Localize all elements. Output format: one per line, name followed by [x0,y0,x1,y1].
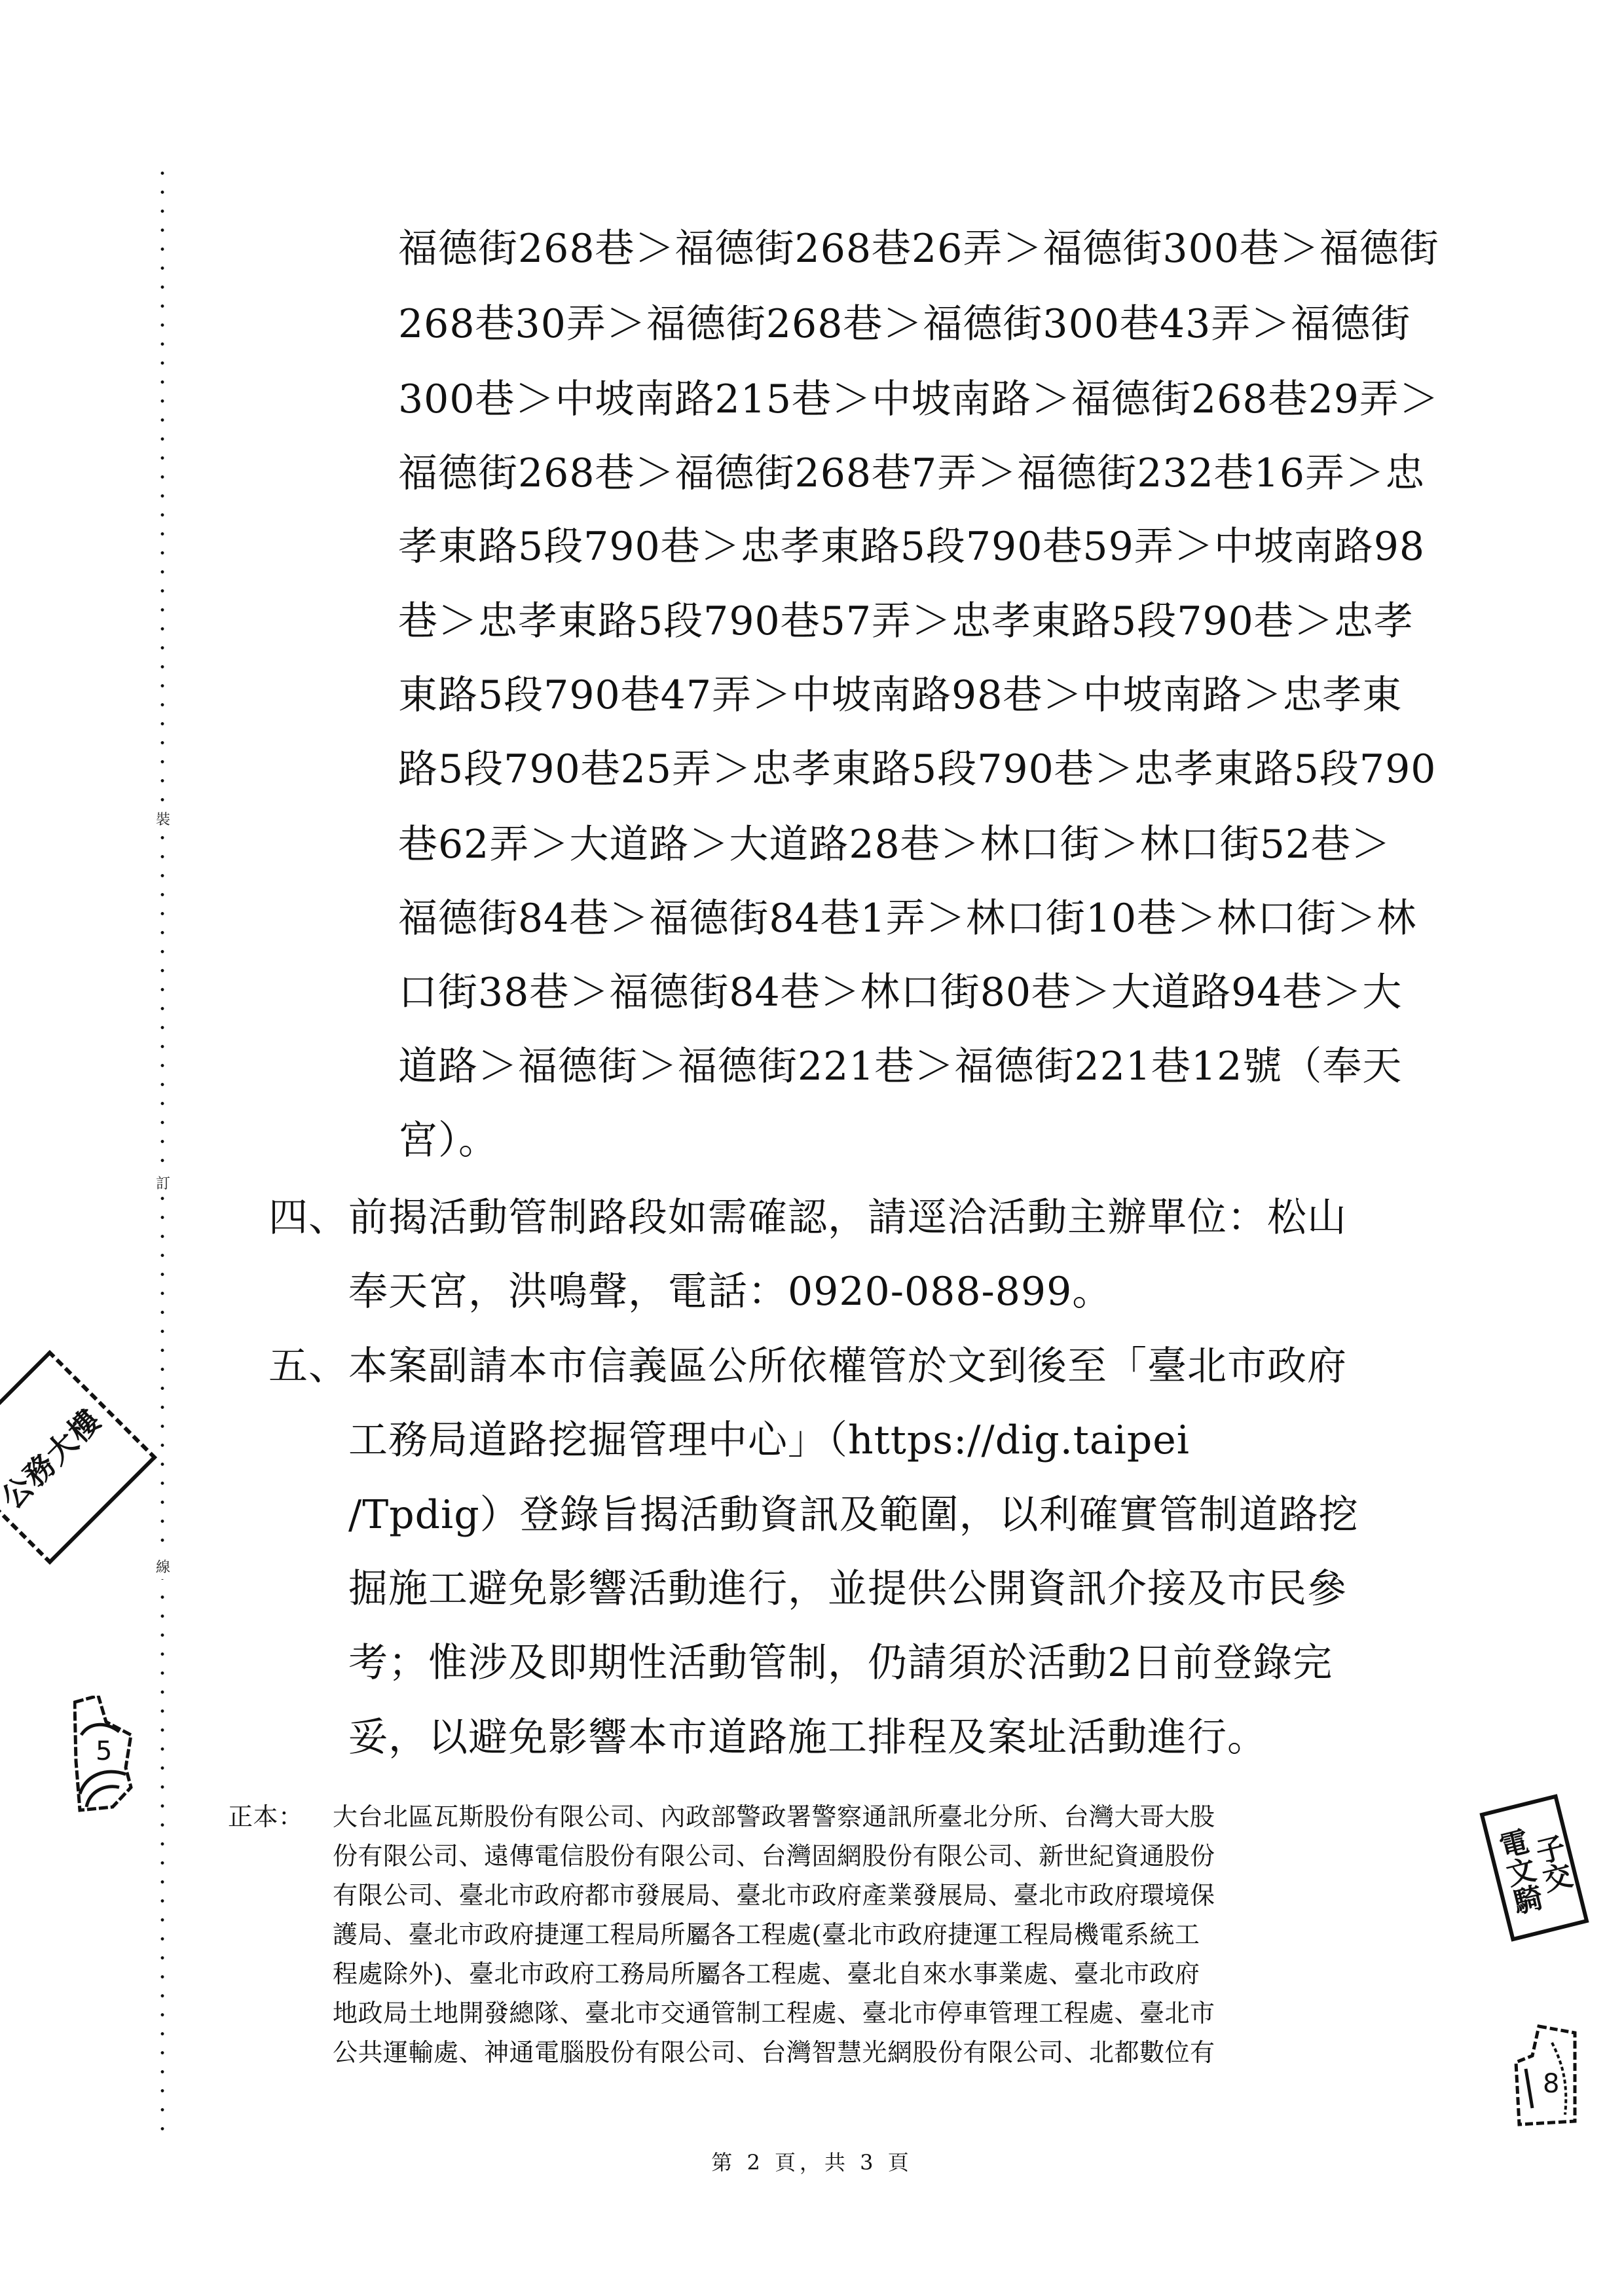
perforation-seal-left: 5 [73,1696,134,1813]
route-line: 宮）。 [398,1118,498,1163]
cc-line: 有限公司、臺北市政府都市發展局、臺北市政府產業發展局、臺北市政府環境保 [333,1880,1215,1910]
section-5-line: 妥，以避免影響本市道路施工排程及案址活動進行。 [348,1715,1267,1760]
section-5-line: 掘施工避免影響活動進行，並提供公開資訊介接及市民參 [348,1566,1347,1612]
route-line: 福德街268巷＞福德街268巷7弄＞福德街232巷16弄＞忠 [398,450,1425,496]
section-4-line: 四、前揭活動管制路段如需確認，請逕洽活動主辦單位：松山 [268,1195,1347,1241]
seal-number: 8 [1543,2069,1559,2099]
document-page: 裝 訂 線 福德街268巷＞福德街268巷26弄＞福德街300巷＞福德街 268… [0,0,1624,2296]
route-line: 孝東路5段790巷＞忠孝東路5段790巷59弄＞中坡南路98 [398,524,1425,570]
route-line: 福德街84巷＞福德街84巷1弄＞林口街10巷＞林口街＞林 [398,896,1416,941]
route-line: 300巷＞中坡南路215巷＞中坡南路＞福德街268巷29弄＞ [398,376,1439,422]
route-line: 巷＞忠孝東路5段790巷57弄＞忠孝東路5段790巷＞忠孝 [398,598,1414,644]
diamond-seal-text: 公務大樓 [0,1398,109,1517]
section-5-url-line: 工務局道路挖掘管理中心」（https://dig.taipei [348,1417,1190,1463]
diamond-seal-stamp: 公務大樓 [0,1350,157,1565]
cc-line: 公共運輸處、神通電腦股份有限公司、台灣智慧光網股份有限公司、北都數位有 [333,2037,1215,2068]
cc-line: 大台北區瓦斯股份有限公司、內政部警政署警察通訊所臺北分所、台灣大哥大股 [333,1802,1215,1832]
cc-line: 護局、臺北市政府捷運工程局所屬各工程處(臺北市政府捷運工程局機電系統工 [333,1920,1200,1950]
cc-label: 正本： [228,1802,304,1832]
cc-line: 份有限公司、遠傳電信股份有限公司、台灣固網股份有限公司、新世紀資通股份 [333,1841,1215,1871]
route-line: 東路5段790巷47弄＞中坡南路98巷＞中坡南路＞忠孝東 [398,672,1402,718]
binding-dotted-line [160,164,165,2141]
seal-number: 5 [96,1736,112,1766]
section-4-line: 奉天宮，洪鳴聲，電話：0920-088-899。 [348,1269,1112,1315]
route-line: 268巷30弄＞福德街268巷＞福德街300巷43弄＞福德街 [398,301,1411,347]
route-line: 福德街268巷＞福德街268巷26弄＞福德街300巷＞福德街 [398,226,1439,272]
route-line: 道路＞福德街＞福德街221巷＞福德街221巷12號（奉天 [398,1044,1402,1089]
section-5-line: 五、本案副請本市信義區公所依權管於文到後至「臺北市政府 [268,1343,1347,1389]
route-line: 路5段790巷25弄＞忠孝東路5段790巷＞忠孝東路5段790 [398,746,1436,792]
binding-label-zhuang: 裝 [152,809,174,831]
binding-label-xian: 線 [152,1557,174,1579]
route-line: 口街38巷＞福德街84巷＞林口街80巷＞大道路94巷＞大 [398,970,1402,1015]
cc-line: 程處除外)、臺北市政府工務局所屬各工程處、臺北自來水事業處、臺北市政府 [333,1959,1200,1989]
binding-label-ding: 訂 [152,1173,174,1195]
section-5-line: /Tpdig）登錄旨揭活動資訊及範圍，以利確實管制道路挖 [348,1492,1359,1538]
page-indicator: 第 2 頁，共 3 頁 [0,2146,1624,2176]
section-5-line: 考；惟涉及即期性活動管制，仍請須於活動2日前登錄完 [348,1640,1333,1686]
cc-line: 地政局土地開發總隊、臺北市交通管制工程處、臺北市停車管理工程處、臺北市 [333,1998,1215,2028]
electronic-exchange-stamp: 子交 電文騎 [1479,1794,1589,1942]
route-line: 巷62弄＞大道路＞大道路28巷＞林口街＞林口街52巷＞ [398,822,1391,867]
perforation-seal-right: 8 [1513,2023,1578,2128]
